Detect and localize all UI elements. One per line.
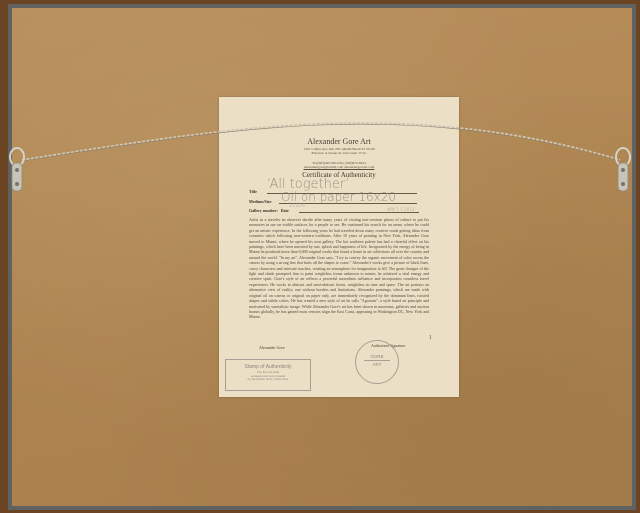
field-title: Title — [249, 189, 257, 194]
field-gallery-date: Gallery number: Date — [249, 208, 289, 213]
company-name: Alexander Gore Art — [219, 137, 459, 146]
round-seal-stamp: GORE ART — [355, 340, 399, 384]
d-ring-hanger-left — [6, 145, 28, 195]
pencil-mark: 1 — [429, 335, 432, 341]
signature-artist: Alexander Gore — [259, 345, 285, 350]
artist-biography: Artist as a traveler an observer decide … — [249, 217, 429, 320]
d-ring-hanger-right — [612, 145, 634, 195]
handwritten-medium: Oil on paper 16x20 — [281, 190, 396, 204]
company-address: 1501 Collins Ave Suit 205, Miami Beach F… — [219, 147, 459, 155]
field-medium: Medium/Size — [249, 199, 271, 204]
date-stamp: MAY 1 1 2012 — [387, 207, 414, 212]
certificate-of-authenticity: Alexander Gore Art 1501 Collins Ave Suit… — [219, 97, 459, 397]
stamp-of-authenticity: Stamp of Authenticity The fine art work … — [225, 359, 311, 391]
company-contact: Tel.(305)467-0814/fax (305)672-8454 Alex… — [219, 161, 459, 169]
gallery-number-stamp: 11126 — [289, 203, 305, 209]
